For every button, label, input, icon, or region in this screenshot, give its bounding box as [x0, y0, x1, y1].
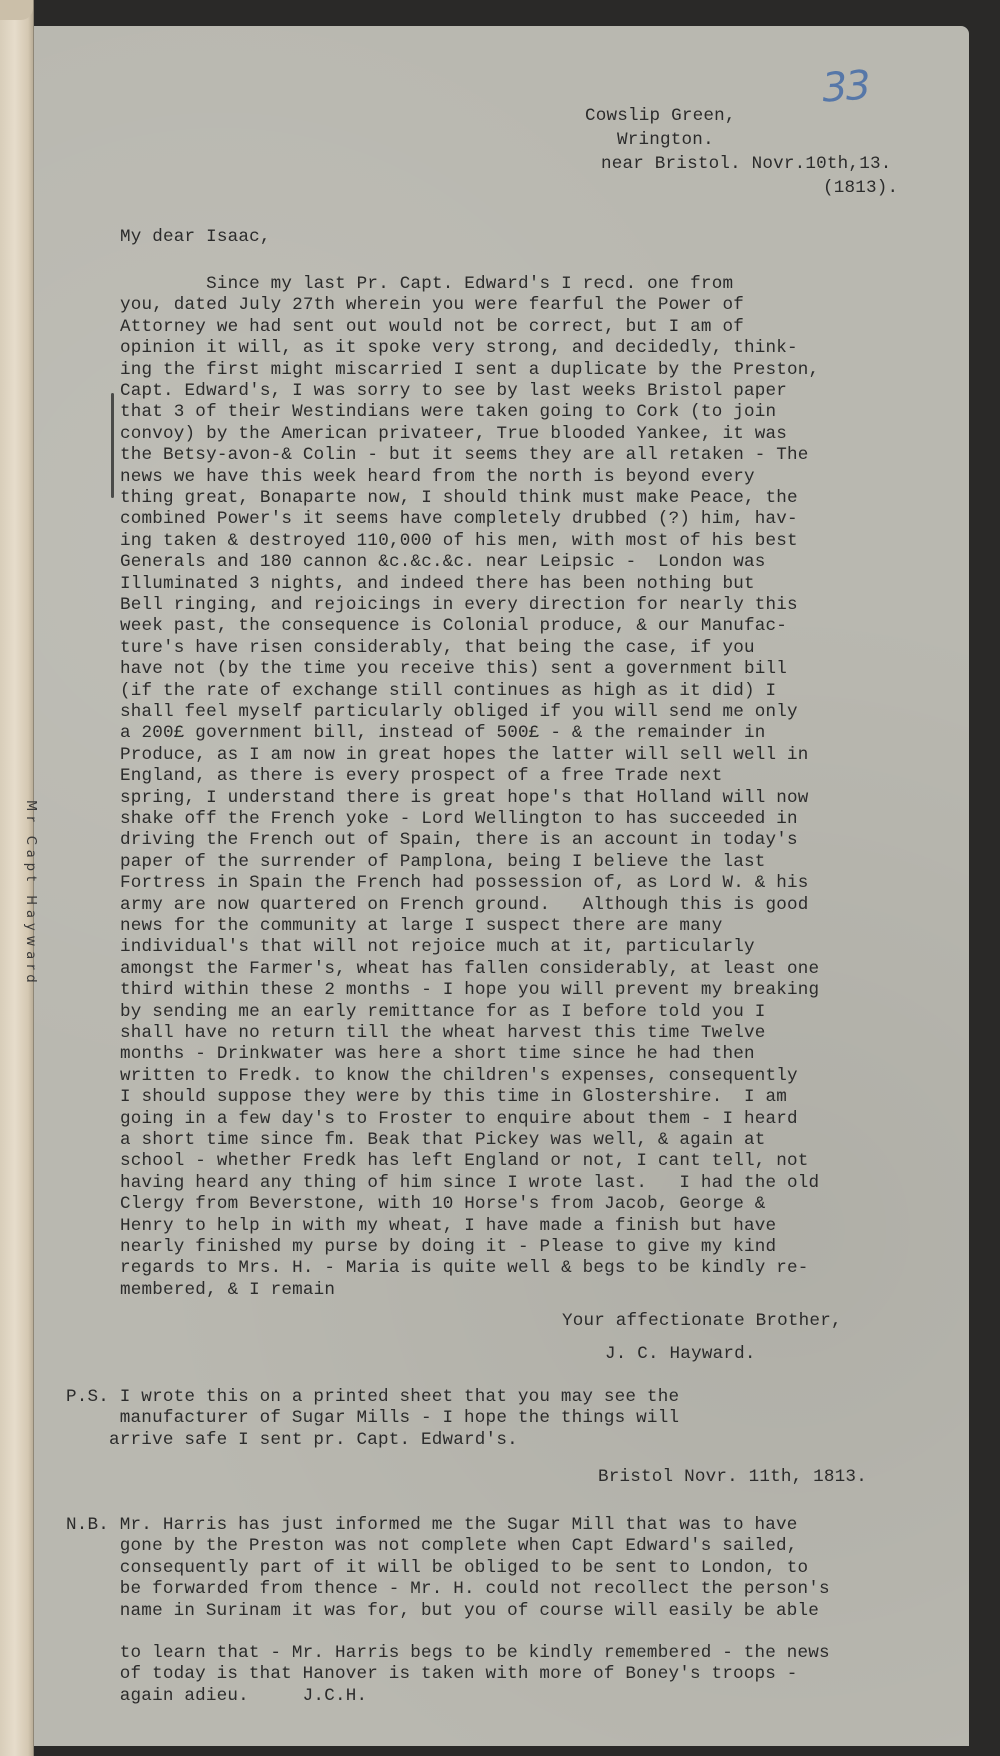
- postscript-line: arrive safe I sent pr. Capt. Edward's.: [66, 1428, 518, 1452]
- spine-annotation: Mr Capt Hayward: [23, 800, 38, 988]
- closing: Your affectionate Brother,: [562, 1309, 842, 1333]
- second-dateline: Bristol Novr. 11th, 1813.: [598, 1465, 867, 1489]
- nota-bene-line: name in Surinam it was for, but you of c…: [66, 1599, 819, 1623]
- address-line-2: Wrington.: [617, 128, 714, 152]
- body-line: membered, & I remain: [120, 1278, 335, 1302]
- signature: J. C. Hayward.: [605, 1342, 756, 1366]
- address-line-1: Cowslip Green,: [585, 104, 736, 128]
- folio-number: 33: [820, 62, 870, 111]
- address-line-3-date: near Bristol. Novr.10th,13.: [601, 152, 891, 176]
- binding-curl: [0, 0, 33, 20]
- margin-bracket-mark: [111, 393, 114, 498]
- address-line-4-year: (1813).: [823, 176, 898, 200]
- salutation: My dear Isaac,: [120, 225, 271, 249]
- nota-bene-line: again adieu. J.C.H.: [66, 1684, 367, 1708]
